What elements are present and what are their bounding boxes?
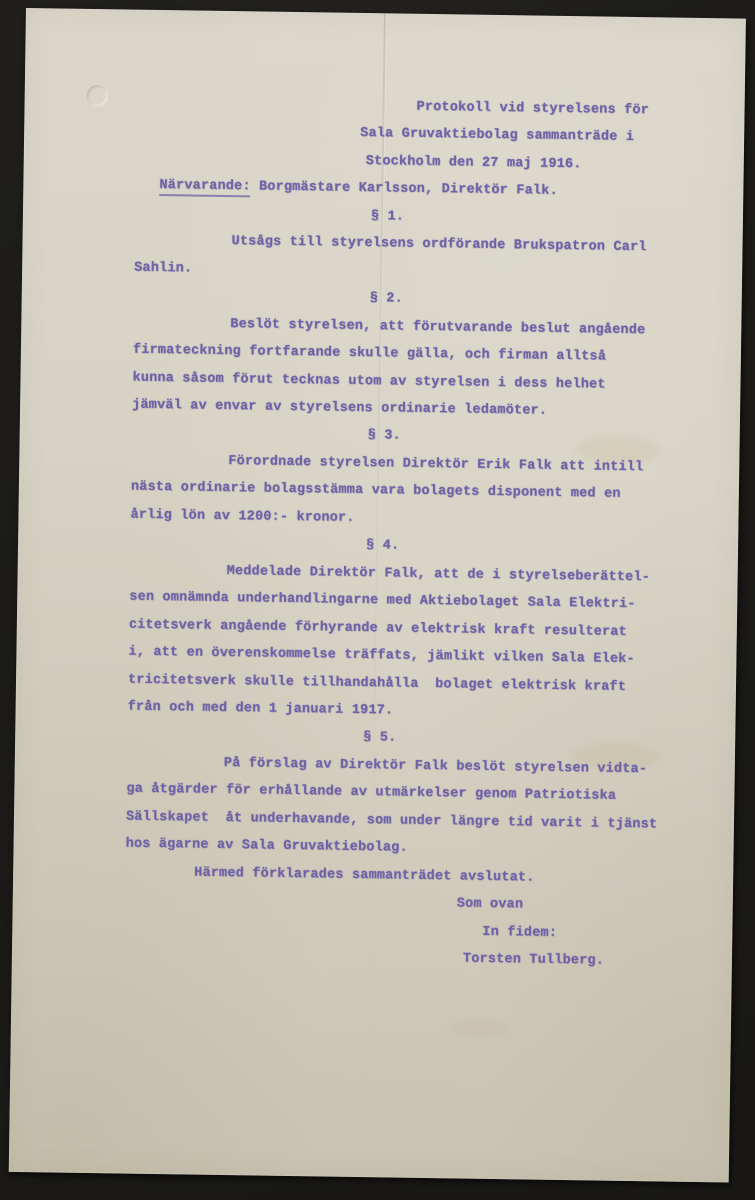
- attendees-names: Borgmästare Karlsson, Direktör Falk.: [251, 180, 558, 200]
- attendees-label: Närvarande:: [159, 178, 251, 197]
- scan-background: Protokoll vid styrelsens för Sala Gruvak…: [0, 0, 755, 1200]
- document-page: Protokoll vid styrelsens för Sala Gruvak…: [9, 8, 746, 1183]
- typewritten-text: Protokoll vid styrelsens för Sala Gruvak…: [9, 8, 746, 1183]
